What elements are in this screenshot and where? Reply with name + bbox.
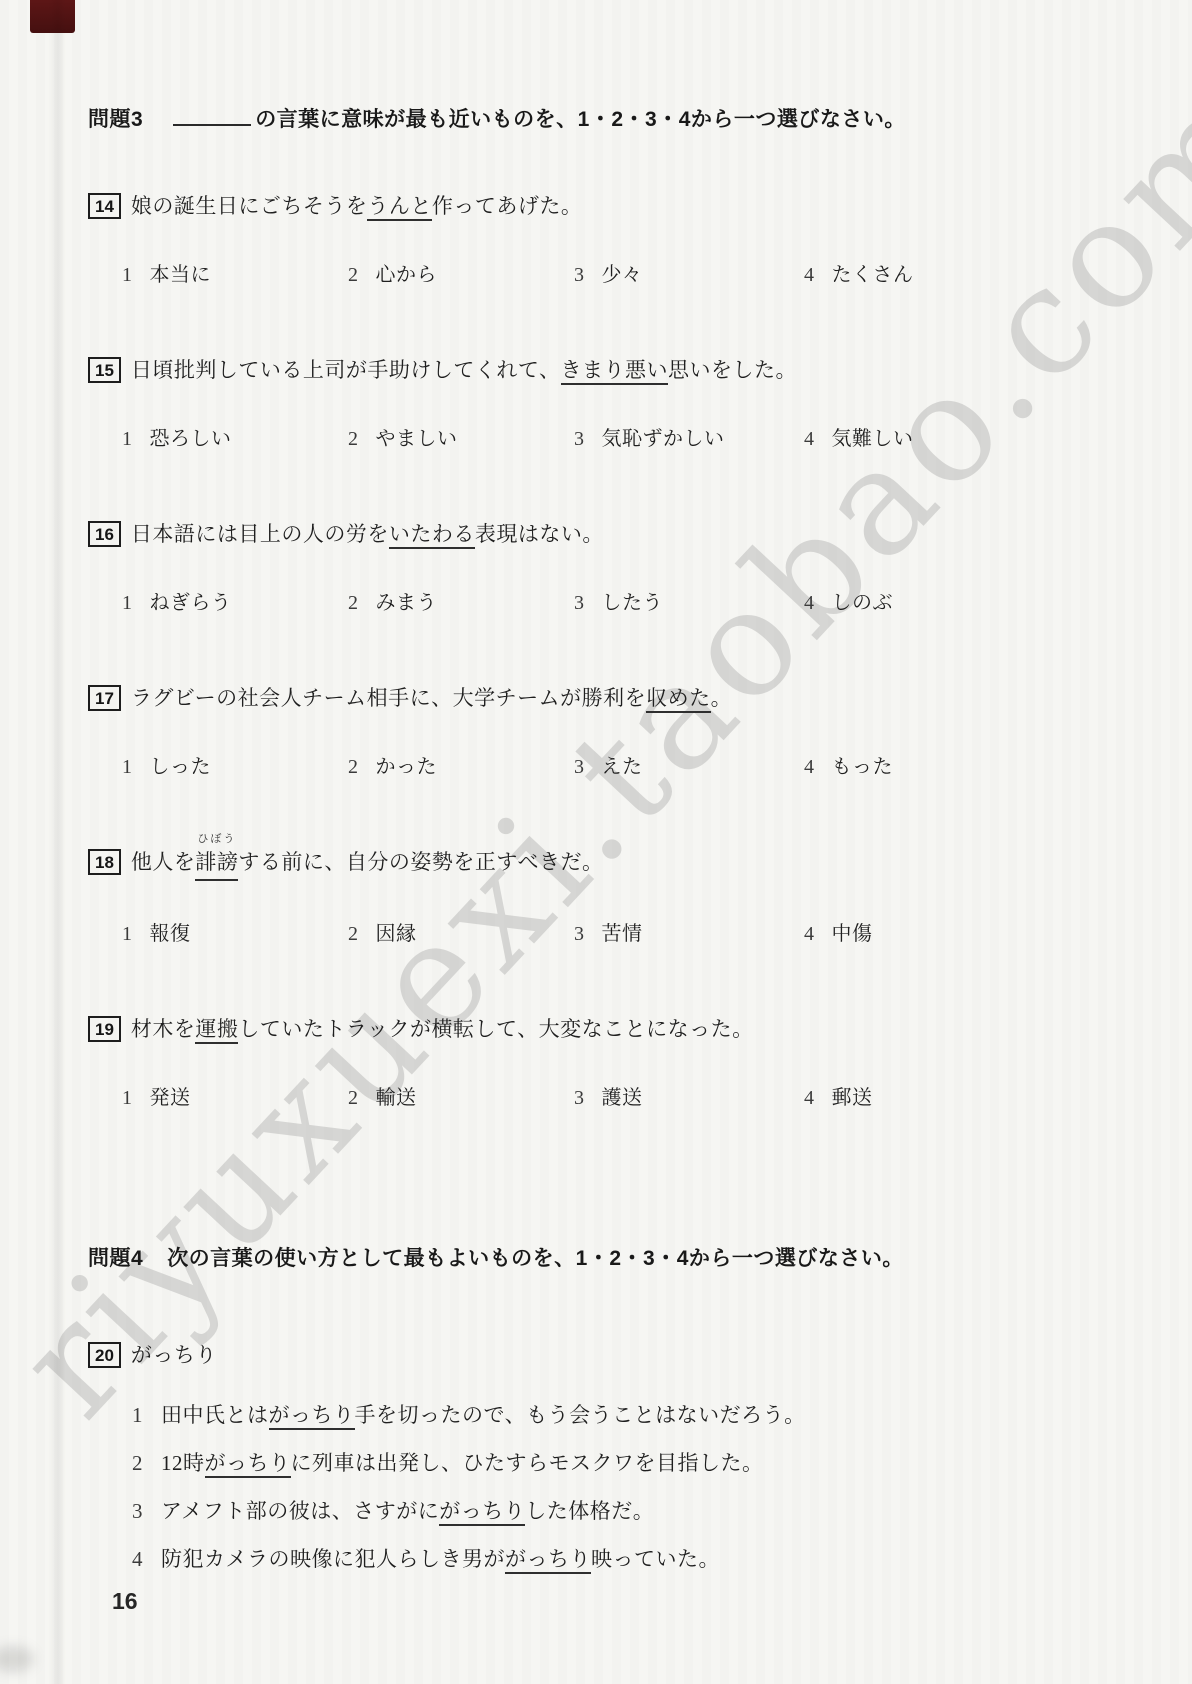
stem-text: ラグビーの社会人チーム相手に、大学チームが勝利を (131, 686, 646, 710)
question-stem-row: 17 ラグビーの社会人チーム相手に、大学チームが勝利を収めた。 (88, 682, 1118, 714)
option-number: 1 (122, 923, 133, 945)
stem-text: 。 (711, 686, 733, 710)
option-number: 1 (122, 756, 133, 778)
question-block: 17 ラグビーの社会人チーム相手に、大学チームが勝利を収めた。 1しった2かった… (88, 682, 1118, 782)
option-number: 3 (574, 592, 585, 614)
stem-text: 他人を (131, 850, 196, 874)
option-label: したう (602, 592, 664, 614)
stem-text: 表現はない。 (475, 522, 604, 546)
underlined-term: 収めた (646, 686, 711, 713)
option: 3したう (574, 588, 804, 618)
scan-smudge (0, 1646, 34, 1672)
question-stem: 日頃批判している上司が手助けしてくれて、きまり悪い思いをした。 (131, 354, 797, 386)
question-number-box: 18 (88, 849, 121, 875)
stem-text: していたトラックが横転して、大変なことになった。 (238, 1017, 753, 1041)
question-number-box: 14 (88, 193, 121, 219)
underlined-term: いたわる (389, 522, 475, 549)
option-number: 4 (804, 923, 815, 945)
underlined-term: がっちり (505, 1547, 591, 1574)
question-number-box: 15 (88, 357, 121, 383)
question-stem: 材木を運搬していたトラックが横転して、大変なことになった。 (131, 1013, 754, 1045)
option: 4郵送 (804, 1083, 1118, 1113)
option-label: しった (150, 756, 212, 778)
question-stem-row: 14 娘の誕生日にごちそうをうんと作ってあげた。 (88, 190, 1118, 222)
choice-text: 防犯カメラの映像に犯人らしき男ががっちり映っていた。 (161, 1543, 720, 1575)
option: 2心から (348, 260, 574, 290)
option-label: えた (602, 756, 643, 778)
option-number: 1 (122, 264, 133, 286)
page-gutter-shadow (48, 0, 66, 1684)
option: 1ねぎらう (122, 588, 348, 618)
stem-text: 田中氏とは (161, 1403, 269, 1427)
question-block-20: 20 がっちり 1田中氏とはがっちり手を切ったので、もう会うことはないだろう。2… (88, 1339, 1118, 1575)
question-block: 19 材木を運搬していたトラックが横転して、大変なことになった。 1発送2輸送3… (88, 1013, 1118, 1113)
option-label: 少々 (602, 264, 643, 286)
underlined-term: がっちり (439, 1499, 525, 1526)
option: 3気恥ずかしい (574, 424, 804, 454)
option-number: 4 (804, 592, 815, 614)
section3-label: 問題3 (88, 108, 143, 131)
option-number: 3 (574, 923, 585, 945)
stem-text: アメフト部の彼は、さすがに (161, 1499, 439, 1523)
option-number: 2 (348, 923, 359, 945)
question-stem: 娘の誕生日にごちそうをうんと作ってあげた。 (131, 190, 583, 222)
underlined-term: 運搬 (195, 1017, 238, 1044)
q20-choice: 212時がっちりに列車は出発し、ひたすらモスクワを目指した。 (132, 1447, 1118, 1479)
option-label: 苦情 (602, 923, 643, 945)
option-label: 中傷 (832, 923, 873, 945)
q20-word-row: 20 がっちり (88, 1339, 1118, 1371)
options-row: 1恐ろしい2やましい3気恥ずかしい4気難しい (122, 424, 1118, 454)
stem-text: 材木を (131, 1017, 196, 1041)
option-number: 1 (122, 592, 133, 614)
question-stem: 日本語には目上の人の労をいたわる表現はない。 (131, 518, 604, 550)
page-content: 問題3の言葉に意味が最も近いものを、1・2・3・4から一つ選びなさい。 14 娘… (88, 104, 1118, 1575)
question-stem-row: 18 他人を誹謗ひぼうする前に、自分の姿勢を正すべきだ。 (88, 846, 1118, 881)
option-number: 2 (348, 756, 359, 778)
option-number: 3 (574, 264, 585, 286)
option: 4もった (804, 752, 1118, 782)
underlined-term: うんと (367, 194, 432, 221)
question-stem-row: 16 日本語には目上の人の労をいたわる表現はない。 (88, 518, 1118, 550)
option-number: 4 (804, 428, 815, 450)
q20-choice: 3アメフト部の彼は、さすがにがっちりした体格だ。 (132, 1495, 1118, 1527)
page-number: 16 (112, 1588, 138, 1615)
section3-header: 問題3の言葉に意味が最も近いものを、1・2・3・4から一つ選びなさい。 (88, 104, 1118, 136)
option-number: 2 (132, 1447, 143, 1479)
question-block: 18 他人を誹謗ひぼうする前に、自分の姿勢を正すべきだ。 1報復2因縁3苦情4中… (88, 846, 1118, 949)
option-label: 気恥ずかしい (602, 428, 725, 450)
section4-instruction: 次の言葉の使い方として最もよいものを、1・2・3・4から一つ選びなさい。 (167, 1247, 904, 1270)
option-label: やましい (376, 428, 458, 450)
section4-label: 問題4 (88, 1247, 143, 1270)
option-label: もった (832, 756, 894, 778)
option-label: 発送 (150, 1087, 191, 1109)
stem-text: した体格だ。 (525, 1499, 654, 1523)
question-stem-row: 19 材木を運搬していたトラックが横転して、大変なことになった。 (88, 1013, 1118, 1045)
option-label: 護送 (602, 1087, 643, 1109)
underlined-term: がっちり (205, 1451, 291, 1478)
choice-text: アメフト部の彼は、さすがにがっちりした体格だ。 (161, 1495, 654, 1527)
option: 3えた (574, 752, 804, 782)
stem-text: する前に、自分の姿勢を正すべきだ。 (238, 850, 603, 874)
option-label: たくさん (832, 264, 914, 286)
choice-text: 12時がっちりに列車は出発し、ひたすらモスクワを目指した。 (161, 1447, 764, 1479)
option-number: 4 (132, 1543, 143, 1575)
option-number: 3 (574, 428, 585, 450)
option-number: 1 (132, 1399, 143, 1431)
stem-text: 日頃批判している上司が手助けしてくれて、 (131, 358, 561, 382)
section3-instruction: の言葉に意味が最も近いものを、1・2・3・4から一つ選びなさい。 (255, 108, 906, 131)
option-number: 2 (348, 1087, 359, 1109)
underlined-term: がっちり (269, 1403, 355, 1430)
option: 2因縁 (348, 919, 574, 949)
option-number: 3 (574, 1087, 585, 1109)
option-number: 1 (122, 428, 133, 450)
option: 2かった (348, 752, 574, 782)
option: 3護送 (574, 1083, 804, 1113)
section3-questions: 14 娘の誕生日にごちそうをうんと作ってあげた。 1本当に2心から3少々4たくさ… (88, 190, 1118, 1113)
option: 2みまう (348, 588, 574, 618)
question-block: 16 日本語には目上の人の労をいたわる表現はない。 1ねぎらう2みまう3したう4… (88, 518, 1118, 618)
option: 1発送 (122, 1083, 348, 1113)
option-number: 3 (574, 756, 585, 778)
question-number-box: 20 (88, 1342, 121, 1368)
question-number-box: 17 (88, 685, 121, 711)
option: 1恐ろしい (122, 424, 348, 454)
option-label: 心から (376, 264, 438, 286)
question-block: 14 娘の誕生日にごちそうをうんと作ってあげた。 1本当に2心から3少々4たくさ… (88, 190, 1118, 290)
options-row: 1ねぎらう2みまう3したう4しのぶ (122, 588, 1118, 618)
option: 1しった (122, 752, 348, 782)
scan-corner-mark (30, 0, 75, 33)
section4-header: 問題4次の言葉の使い方として最もよいものを、1・2・3・4から一つ選びなさい。 (88, 1243, 1118, 1275)
question-number-box: 19 (88, 1016, 121, 1042)
option: 3苦情 (574, 919, 804, 949)
option-label: かった (376, 756, 438, 778)
stem-text: 防犯カメラの映像に犯人らしき男が (161, 1547, 505, 1571)
option-label: 恐ろしい (150, 428, 232, 450)
section3-blank-underline (173, 105, 251, 126)
option: 4気難しい (804, 424, 1118, 454)
options-row: 1本当に2心から3少々4たくさん (122, 260, 1118, 290)
option-number: 2 (348, 264, 359, 286)
option: 4たくさん (804, 260, 1118, 290)
option-label: 報復 (150, 923, 191, 945)
option-label: しのぶ (832, 592, 894, 614)
options-row: 1報復2因縁3苦情4中傷 (122, 919, 1118, 949)
option-number: 4 (804, 1087, 815, 1109)
stem-text: 手を切ったので、もう会うことはないだろう。 (355, 1403, 806, 1427)
question-stem: ラグビーの社会人チーム相手に、大学チームが勝利を収めた。 (131, 682, 732, 714)
option-label: 因縁 (376, 923, 417, 945)
stem-text: 12時 (161, 1451, 205, 1475)
option: 3少々 (574, 260, 804, 290)
option-number: 4 (804, 756, 815, 778)
question-stem-row: 15 日頃批判している上司が手助けしてくれて、きまり悪い思いをした。 (88, 354, 1118, 386)
choice-text: 田中氏とはがっちり手を切ったので、もう会うことはないだろう。 (161, 1399, 806, 1431)
option-number: 4 (804, 264, 815, 286)
stem-text: に列車は出発し、ひたすらモスクワを目指した。 (291, 1451, 764, 1475)
option-label: 輸送 (376, 1087, 417, 1109)
question-number-box: 16 (88, 521, 121, 547)
option-label: 本当に (150, 264, 212, 286)
q20-word: がっちり (131, 1339, 217, 1371)
scanned-test-page: riyuxuexi.taobao.com 問題3の言葉に意味が最も近いものを、1… (0, 0, 1192, 1684)
stem-text: 作ってあげた。 (432, 194, 583, 218)
furigana: ひぼう (195, 834, 238, 845)
question-stem: 他人を誹謗ひぼうする前に、自分の姿勢を正すべきだ。 (131, 846, 604, 881)
option-label: みまう (376, 592, 438, 614)
option: 4しのぶ (804, 588, 1118, 618)
option: 4中傷 (804, 919, 1118, 949)
q20-choices: 1田中氏とはがっちり手を切ったので、もう会うことはないだろう。212時がっちりに… (132, 1399, 1118, 1575)
option-label: 気難しい (832, 428, 914, 450)
q20-choice: 1田中氏とはがっちり手を切ったので、もう会うことはないだろう。 (132, 1399, 1118, 1431)
stem-text: 日本語には目上の人の労を (131, 522, 389, 546)
option: 2やましい (348, 424, 574, 454)
q20-choice: 4防犯カメラの映像に犯人らしき男ががっちり映っていた。 (132, 1543, 1118, 1575)
option: 1本当に (122, 260, 348, 290)
option-label: ねぎらう (150, 592, 232, 614)
question-block: 15 日頃批判している上司が手助けしてくれて、きまり悪い思いをした。 1恐ろしい… (88, 354, 1118, 454)
option-number: 1 (122, 1087, 133, 1109)
option: 1報復 (122, 919, 348, 949)
option: 2輸送 (348, 1083, 574, 1113)
option-number: 2 (348, 428, 359, 450)
underlined-term: 誹謗ひぼう (195, 846, 238, 881)
option-number: 2 (348, 592, 359, 614)
options-row: 1しった2かった3えた4もった (122, 752, 1118, 782)
options-row: 1発送2輸送3護送4郵送 (122, 1083, 1118, 1113)
stem-text: 思いをした。 (668, 358, 797, 382)
option-label: 郵送 (832, 1087, 873, 1109)
option-number: 3 (132, 1495, 143, 1527)
stem-text: 映っていた。 (591, 1547, 720, 1571)
underlined-term: きまり悪い (561, 358, 669, 385)
stem-text: 娘の誕生日にごちそうを (131, 194, 368, 218)
